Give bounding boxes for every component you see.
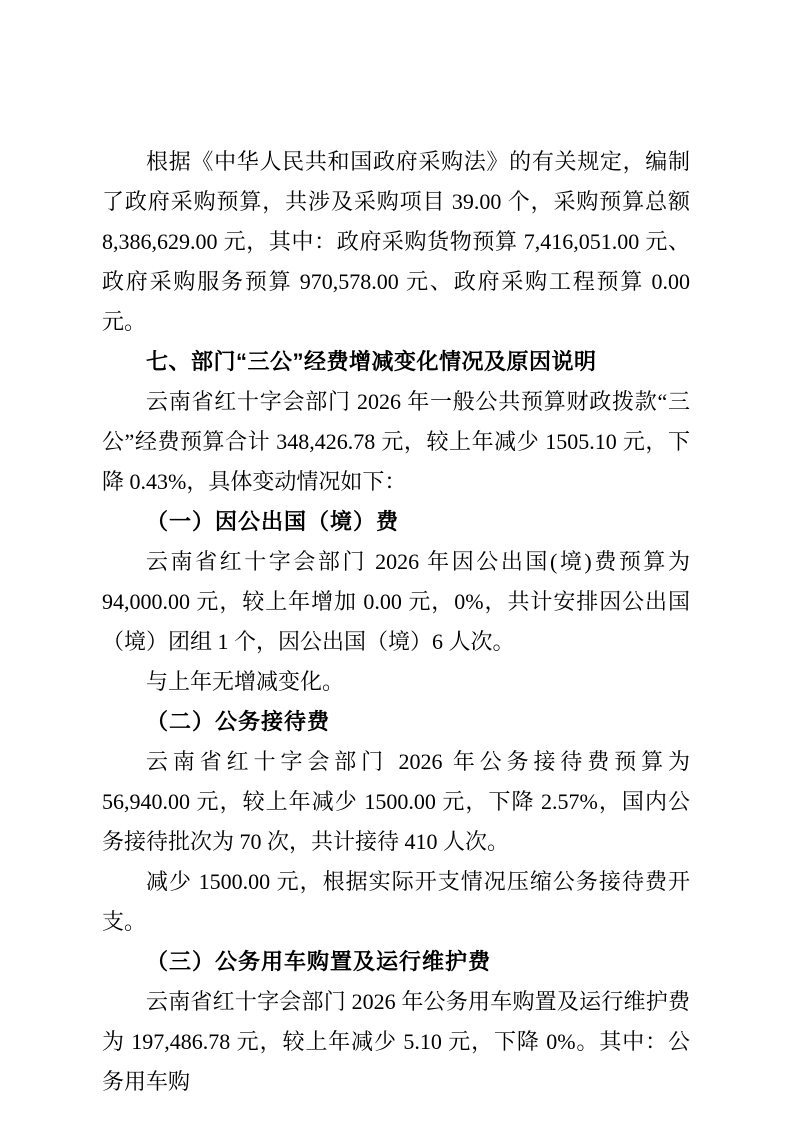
subsection-heading-official-reception: （二）公务接待费 [102,702,690,742]
paragraph-overseas-travel-budget: 云南省红十字会部门 2026 年因公出国(境)费预算为 94,000.00 元，… [102,542,690,662]
paragraph-reception-reduction-reason: 减少 1500.00 元，根据实际开支情况压缩公务接待费开支。 [102,862,690,942]
paragraph-official-vehicles-budget: 云南省红十字会部门 2026 年公务用车购置及运行维护费为 197,486.78… [102,982,690,1102]
subsection-heading-official-vehicles: （三）公务用车购置及运行维护费 [102,942,690,982]
subsection-heading-overseas-travel: （一）因公出国（境）费 [102,502,690,542]
paragraph-procurement-summary: 根据《中华人民共和国政府采购法》的有关规定，编制了政府采购预算，共涉及采购项目 … [102,142,690,342]
paragraph-three-public-total: 云南省红十字会部门 2026 年一般公共预算财政拨款“三公”经费预算合计 348… [102,382,690,502]
section-heading-three-public-expenses: 七、部门“三公”经费增减变化情况及原因说明 [102,342,690,382]
document-page: 根据《中华人民共和国政府采购法》的有关规定，编制了政府采购预算，共涉及采购项目 … [0,0,793,1122]
paragraph-official-reception-budget: 云南省红十字会部门 2026 年公务接待费预算为 56,940.00 元，较上年… [102,742,690,862]
paragraph-no-change-note: 与上年无增减变化。 [102,662,690,702]
